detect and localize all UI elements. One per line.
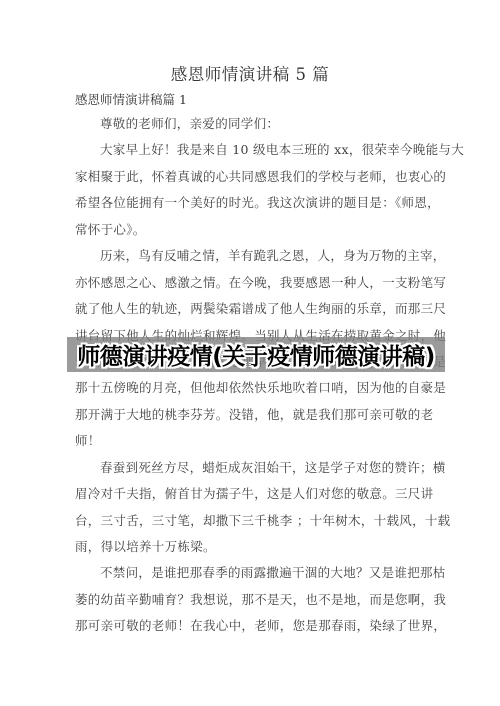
body-line: 尊敬的老师们，亲爱的同学们： <box>75 111 427 137</box>
watermark-band: 师德演讲疫情(关于疫情师德演讲稿) <box>67 337 445 372</box>
body-line: 家相聚于此，怀着真诚的心共同感恩我们的学校与老师，也衷心的 <box>75 164 427 190</box>
body-line: 那十五傍晚的月亮，但他却依然快乐地吹着口哨，因为他的自豪是 <box>75 375 427 401</box>
body-line: 眉冷对千夫指，俯首甘为孺子牛，这是人们对您的敬意。三尺讲 <box>75 481 427 507</box>
document-title: 感恩师情演讲稿 5 篇 <box>0 61 500 85</box>
body-line: 那可亲可敬的老师！在我心中，老师，您是那春雨，染绿了世界， <box>75 613 427 639</box>
body-line: 历来，鸟有反哺之情，羊有跪乳之恩，人，身为万物的主宰， <box>75 243 427 269</box>
section-heading: 感恩师情演讲稿篇 1 <box>75 90 187 108</box>
document-body: 尊敬的老师们，亲爱的同学们： 大家早上好！我是来自 10 级电本三班的 xx，很… <box>75 111 427 640</box>
body-line: 就了他人生的轨迹，两鬓染霜谱成了他人生绚丽的乐章，而那三尺 <box>75 296 427 322</box>
body-line: 春蚕到死丝方尽，蜡炬成灰泪始干，这是学子对您的赞许；横 <box>75 455 427 481</box>
document-page: 感恩师情演讲稿 5 篇 感恩师情演讲稿篇 1 尊敬的老师们，亲爱的同学们： 大家… <box>0 0 500 706</box>
body-line: 不禁问，是谁把那春季的雨露撒遍干涸的大地？又是谁把那枯 <box>75 560 427 586</box>
body-line: 师！ <box>75 428 427 454</box>
body-line: 雨，得以培养十万栋梁。 <box>75 534 427 560</box>
watermark-title-text: 师德演讲疫情(关于疫情师德演讲稿) <box>77 338 435 371</box>
body-line: 萎的幼苗辛勤哺育？我想说，那不是天，也不是地，而是您啊，我 <box>75 587 427 613</box>
body-line: 希望各位能拥有一个美好的时光。我这次演讲的题目是：《师恩， <box>75 190 427 216</box>
body-line: 常怀于心》。 <box>75 217 427 243</box>
body-line: 大家早上好！我是来自 10 级电本三班的 xx，很荣幸今晚能与大 <box>75 137 427 163</box>
body-line: 那开满于大地的桃李芬芳。没错，他，就是我们那可亲可敬的老 <box>75 402 427 428</box>
body-line: 台，三寸舌，三寸笔，却撒下三千桃李 ；十年树木，十载风，十载 <box>75 508 427 534</box>
body-line: 亦怀感恩之心、感激之情。在今晚，我要感恩一种人，一支粉笔写 <box>75 270 427 296</box>
